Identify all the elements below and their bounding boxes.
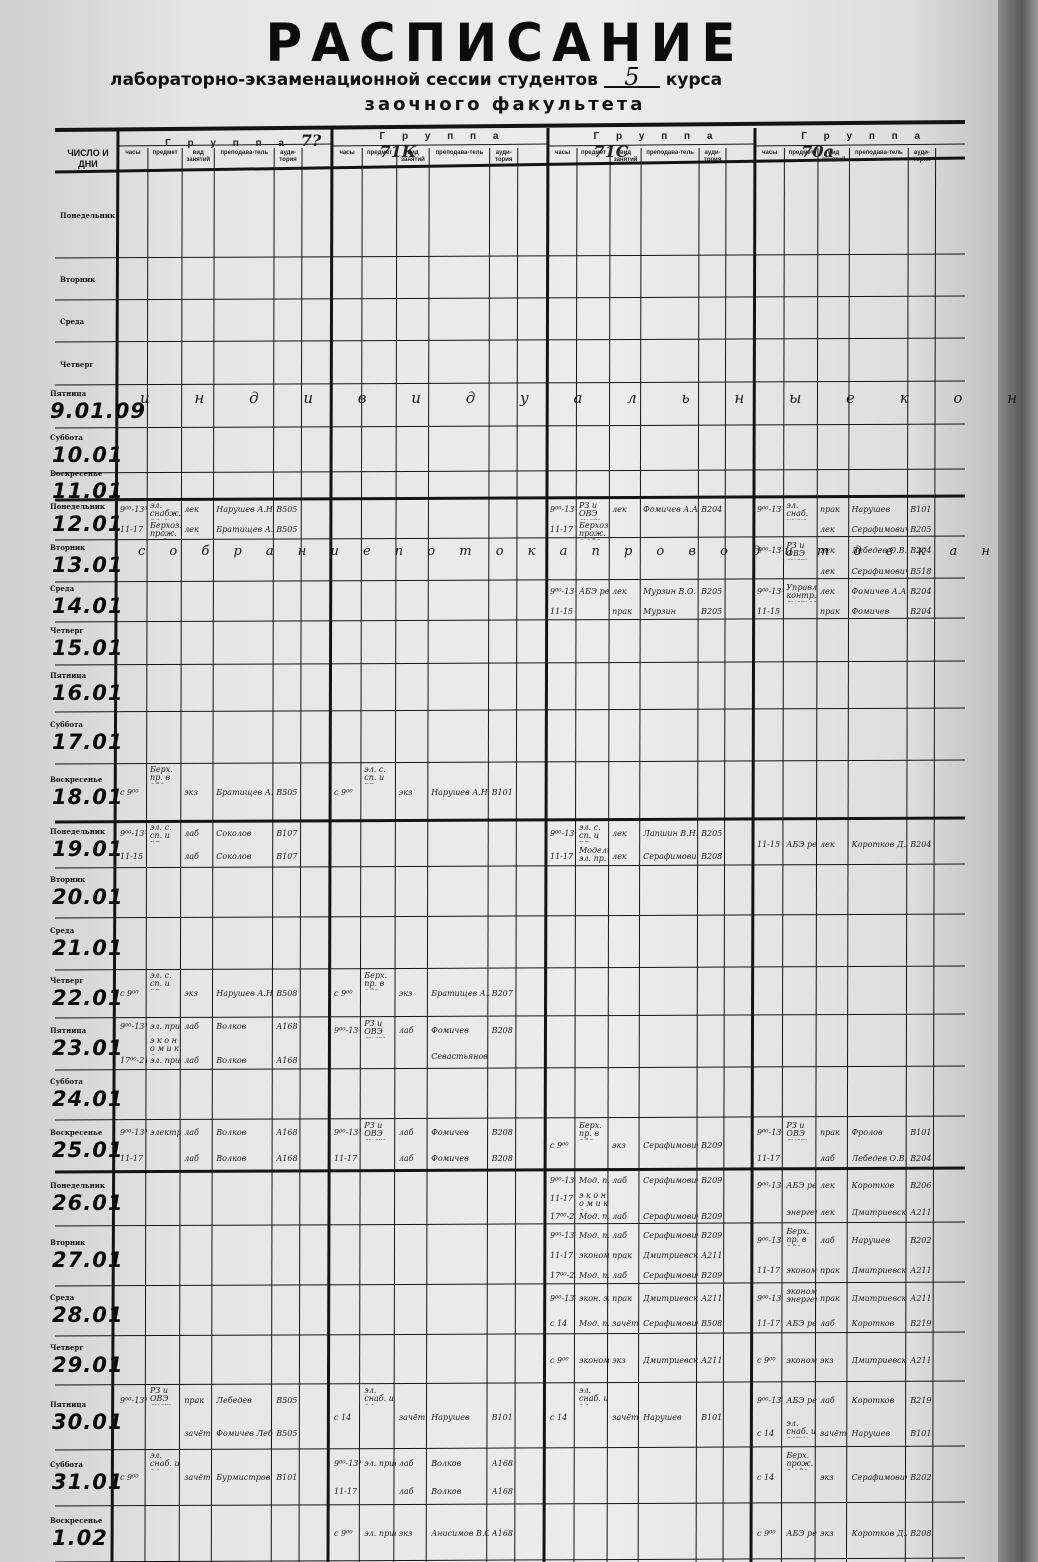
schedule-cell: Дмитриевский — [852, 1266, 908, 1276]
schedule-cell: лаб — [184, 1154, 213, 1164]
schedule-cell: эл. с. сп. и пр. сист. в. сн — [150, 824, 181, 842]
day-label: Четверг — [50, 1343, 114, 1352]
schedule-cell: лек — [612, 587, 640, 597]
schedule-cell: Берх. прож. в эдс, ч.II — [786, 1452, 817, 1470]
date-label: 26.01 — [52, 1191, 122, 1215]
schedule-cell: В505 — [276, 505, 301, 515]
schedule-cell: 17⁰⁰-21 — [550, 1271, 576, 1281]
schedule-cell: Соколов — [216, 852, 273, 862]
schedule-cell: с 9⁰⁰ — [120, 989, 147, 999]
schedule-cell: лек — [820, 567, 849, 577]
schedule-cell: электр. привод — [150, 1128, 181, 1138]
schedule-cell: В209 — [701, 1141, 725, 1151]
schedule-cell: Лебедев — [216, 1396, 273, 1406]
subcolumn-header: предмет — [577, 150, 610, 170]
schedule-cell: Управл. контр. систем — [786, 584, 817, 602]
schedule-cell: лаб — [612, 1271, 640, 1281]
schedule-cell: экз — [399, 788, 428, 798]
schedule-cell: Серафимович — [643, 1231, 698, 1241]
schedule-cell: зачёт (к.пр) — [184, 1473, 213, 1483]
schedule-cell: А211 — [910, 1294, 934, 1304]
schedule-cell: лаб — [399, 1128, 428, 1138]
schedule-cell: эл. снаб. и эл. сети, ч.3 — [579, 1387, 609, 1405]
schedule-cell: экз — [820, 1356, 849, 1366]
schedule-cell: А168 — [276, 1128, 301, 1138]
schedule-cell: Волков — [216, 1128, 273, 1138]
schedule-cell: с 14 — [334, 1413, 361, 1423]
day-label: Пятница — [50, 1400, 114, 1409]
schedule-cell: 9⁰⁰-13³⁰ — [550, 587, 576, 597]
schedule-cell: с 14 — [550, 1413, 576, 1423]
schedule-cell: 11-15 — [757, 607, 783, 617]
date-label: 28.01 — [52, 1303, 122, 1327]
schedule-cell: лаб — [399, 1154, 428, 1164]
schedule-cell: 9⁰⁰-13³⁰ — [757, 1181, 783, 1191]
schedule-cell: Берх. пр. в эдс, ч.II — [150, 766, 181, 784]
schedule-cell: В204 — [910, 587, 934, 597]
schedule-cell: эл. привод — [364, 1529, 396, 1539]
date-label: 17.01 — [52, 730, 122, 754]
schedule-cell: В205 — [701, 607, 725, 617]
schedule-cell: Нарушев А.Н. — [216, 505, 273, 515]
schedule-cell: Мод. п. п. — [579, 1319, 609, 1329]
schedule-cell: А168 — [492, 1529, 517, 1539]
schedule-cell: В204 — [910, 607, 934, 617]
date-label: 18.01 — [52, 785, 122, 809]
schedule-cell: лаб — [612, 1176, 640, 1186]
group-header-0: Г р у п п а 7? — [165, 131, 332, 145]
schedule-cell: А211 — [701, 1356, 725, 1366]
schedule-cell: Волков — [431, 1459, 488, 1469]
schedule-cell: В208 — [492, 1128, 517, 1138]
schedule-cell: Нарушев — [852, 1429, 908, 1439]
schedule-cell: экз — [820, 1529, 849, 1539]
subcolumn-header: часы — [548, 150, 577, 170]
schedule-cell: Серафимович — [643, 1212, 698, 1222]
schedule-cell: эл. снаб. и сети, ч.3 — [786, 1420, 817, 1438]
schedule-cell: В209 — [701, 1176, 725, 1186]
day-label: Суббота — [50, 1460, 114, 1469]
schedule-cell: эл. с. сп. и пр. сист. ч.I — [579, 824, 609, 842]
schedule-cell: Берхоз. прож. в эдс, ч.2 — [579, 522, 609, 540]
schedule-cell: Серафимович Н.А. — [643, 1141, 698, 1151]
schedule-cell: Серафимович Н.А. — [643, 852, 698, 862]
day-label: Четверг — [60, 360, 124, 369]
schedule-cell: Коротков — [852, 1181, 908, 1191]
schedule-cell: лек — [820, 525, 849, 535]
schedule-cell: 11-15 — [120, 852, 147, 862]
schedule-cell: 11-17 — [120, 525, 147, 535]
schedule-cell: А168 — [276, 1154, 301, 1164]
subcolumn-header: вид занятий — [818, 150, 850, 170]
schedule-cell: эл. прив. — [150, 1056, 181, 1066]
schedule-cell: 9⁰⁰-13³⁰ — [550, 505, 576, 515]
schedule-cell: лаб — [820, 1396, 849, 1406]
schedule-cell: В101 — [910, 505, 934, 515]
schedule-cell: 9⁰⁰-13³⁰ — [550, 1294, 576, 1304]
day-label: Четверг — [50, 976, 114, 985]
day-label: Воскресенье — [50, 1128, 114, 1137]
schedule-cell: 11-17 — [550, 1194, 576, 1204]
schedule-cell: Фомичев Лебедев — [216, 1429, 273, 1439]
schedule-cell: лаб — [612, 1212, 640, 1222]
schedule-cell: В219 — [910, 1319, 934, 1329]
schedule-cell: Лебедев О.В. — [852, 1154, 908, 1164]
schedule-cell: 11-17 — [120, 1154, 147, 1164]
schedule-cell: Моделир. эл. пр. — [579, 847, 609, 865]
schedule-cell: зачёт (к.пр) — [399, 1413, 428, 1423]
schedule-cell: Дмитриевский — [852, 1294, 908, 1304]
schedule-cell: лаб — [399, 1459, 428, 1469]
schedule-cell: лек — [820, 587, 849, 597]
schedule-cell: Фомичев — [431, 1026, 488, 1036]
schedule-cell: эл. с. сп. и пр. сист. в. сн — [364, 766, 396, 784]
schedule-cell: А168 — [276, 1056, 301, 1066]
schedule-cell: В209 — [701, 1212, 725, 1222]
date-label: 31.01 — [52, 1470, 122, 1494]
schedule-cell: Фомичев — [431, 1154, 488, 1164]
schedule-cell: Фролов — [852, 1128, 908, 1138]
subcolumn-header: вид занятий — [182, 150, 214, 170]
schedule-cell: А168 — [492, 1459, 517, 1469]
schedule-cell: В204 — [910, 840, 934, 850]
schedule-cell: Нарушев А.Н. — [216, 989, 273, 999]
date-label: 14.01 — [52, 594, 122, 618]
day-label: Вторник — [50, 543, 114, 552]
schedule-cell: Лапшин В.Н. — [643, 829, 698, 839]
schedule-cell: А211 — [701, 1294, 725, 1304]
schedule-cell: В205 — [910, 525, 934, 535]
schedule-cell: 9⁰⁰-13³⁰ — [550, 829, 576, 839]
schedule-cell: э к о н о м и к а — [579, 1192, 609, 1210]
schedule-cell: Волков — [216, 1022, 273, 1032]
schedule-cell: 9⁰⁰-13³⁰ — [334, 1459, 361, 1469]
day-label: Вторник — [60, 275, 124, 284]
schedule-cell: прак — [820, 607, 849, 617]
schedule-cell: Братищев А.А. — [216, 788, 273, 798]
schedule-cell: В208 — [492, 1026, 517, 1036]
schedule-cell: лаб — [820, 1236, 849, 1246]
date-label: 20.01 — [52, 885, 122, 909]
schedule-cell: с 14 — [550, 1319, 576, 1329]
schedule-cell: Нарушев — [852, 1236, 908, 1246]
date-label: 10.01 — [52, 443, 122, 467]
schedule-cell: 9⁰⁰-13³⁰ — [757, 1236, 783, 1246]
schedule-cell: лаб — [184, 852, 213, 862]
schedule-cell: с 9⁰⁰ — [120, 1473, 147, 1483]
schedule-cell: 9⁰⁰-13³⁰ — [334, 1026, 361, 1036]
schedule-cell: лаб — [820, 1319, 849, 1329]
day-label: Суббота — [50, 433, 114, 442]
schedule-cell: 9⁰⁰-13³⁰ — [757, 546, 783, 556]
schedule-cell: В202 — [910, 1473, 934, 1483]
schedule-cell: прак — [612, 1251, 640, 1261]
schedule-cell: Серафимович — [643, 1176, 698, 1186]
schedule-cell: АБЭ рег. в эдс — [579, 587, 609, 597]
schedule-cell: с 14 — [757, 1473, 783, 1483]
schedule-cell: 9⁰⁰-13³⁰ — [550, 1231, 576, 1241]
schedule-cell: В209 — [701, 1231, 725, 1241]
schedule-cell: экз — [184, 788, 213, 798]
schedule-cell: прак — [820, 1266, 849, 1276]
schedule-cell: эл. снаб. и эл. сети, ч.3 — [150, 1452, 181, 1470]
schedule-cell: 9⁰⁰-13³⁰ — [550, 1176, 576, 1186]
schedule-cell: лаб — [184, 1022, 213, 1032]
schedule-cell: лек — [612, 852, 640, 862]
day-label: Воскресенье — [50, 1516, 114, 1525]
note-banner: с о б р а н и е п о т о к а п р о в о д … — [138, 544, 938, 560]
day-label: Понедельник — [50, 827, 114, 836]
schedule-cell: А211 — [701, 1251, 725, 1261]
schedule-cell: 9⁰⁰-13³⁰ — [120, 829, 147, 839]
date-label: 16.01 — [52, 681, 122, 705]
day-label: Пятница — [50, 671, 114, 680]
schedule-cell: РЗ и ОВЭ сист. ч.2 — [786, 1122, 817, 1140]
schedule-cell: 11-17 — [550, 1251, 576, 1261]
schedule-cell: лек — [612, 829, 640, 839]
schedule-cell: эл. снаб. инж. ч.3 — [786, 502, 817, 520]
schedule-cell: 11-15 — [550, 607, 576, 617]
schedule-cell: Серафимович Н.А. — [852, 525, 908, 535]
schedule-cell: А211 — [910, 1208, 934, 1218]
day-label: Четверг — [50, 626, 114, 635]
schedule-cell: В505 — [276, 1429, 301, 1439]
schedule-cell: прак — [184, 1396, 213, 1406]
date-label: 1.02 — [52, 1526, 122, 1550]
schedule-cell: В101 — [276, 1473, 301, 1483]
schedule-cell: 17⁰⁰-21 — [550, 1212, 576, 1222]
schedule-cell: В208 — [492, 1154, 517, 1164]
schedule-cell: Дмитриевский — [643, 1251, 698, 1261]
schedule-cell: Мод. п. п. — [579, 1176, 609, 1186]
day-label: Суббота — [50, 1077, 114, 1086]
date-label: 9.01.09 — [50, 399, 120, 423]
schedule-cell: В505 — [276, 1396, 301, 1406]
schedule-cell: энергетики — [786, 1208, 817, 1218]
schedule-cell: 9⁰⁰-13³⁰ — [757, 587, 783, 597]
schedule-cell: РЗ и ОВЭ сист. эл. сн — [364, 1122, 396, 1140]
subcolumn-header: преподава-тель — [429, 150, 489, 170]
schedule-cell: зачёт (к.пр) — [820, 1429, 849, 1439]
schedule-cell: А168 — [276, 1022, 301, 1032]
day-label: Суббота — [50, 720, 114, 729]
schedule-cell: А211 — [910, 1356, 934, 1366]
schedule-cell: лек — [820, 546, 849, 556]
schedule-cell: эл. привод — [364, 1459, 396, 1469]
schedule-cell: В101 — [910, 1429, 934, 1439]
schedule-cell: 9⁰⁰-13³⁰ — [757, 1294, 783, 1304]
group-number: 7? — [301, 131, 322, 150]
schedule-cell: Серафимович — [643, 1271, 698, 1281]
schedule-cell: лек — [820, 1181, 849, 1191]
date-label: 23.01 — [52, 1036, 122, 1060]
schedule-cell: РЗ и ОВЭ сист. эл. сн — [364, 1020, 396, 1038]
schedule-cell: Коротков Д.А. — [852, 840, 908, 850]
schedule-cell: В204 — [701, 505, 725, 515]
schedule-cell: с 9⁰⁰ — [757, 1529, 783, 1539]
schedule-cell: Берх. пр. в эдс, ч.2 — [786, 1228, 817, 1246]
schedule-cell: Нарушев — [643, 1413, 698, 1423]
schedule-cell: экон. энерг. — [579, 1294, 609, 1304]
day-label: Понедельник — [50, 1181, 114, 1190]
subcolumn-header: предмет — [784, 150, 818, 170]
schedule-cell: 11-15 — [757, 840, 783, 850]
schedule-cell: Бурмистров — [216, 1473, 273, 1483]
schedule-cell: Мурзин В.О. — [643, 587, 698, 597]
schedule-cell: 9⁰⁰-13³⁰ — [120, 1396, 147, 1406]
schedule-cell: 9⁰⁰-13³⁰ — [757, 1128, 783, 1138]
subcolumn-header: преподава-тель — [641, 150, 699, 170]
group-label: Г р у п п а — [165, 138, 301, 149]
schedule-cell: Дмитриевский Н.Ч. — [852, 1356, 908, 1366]
schedule-cell: В205 — [701, 829, 725, 839]
schedule-cell: 11-17 — [550, 525, 576, 535]
group-label: Г р у п п а — [380, 131, 506, 142]
schedule-cell: В505 — [276, 525, 301, 535]
schedule-cell: зачёт — [184, 1429, 213, 1439]
schedule-cell: э к о н о м и к а — [150, 1037, 181, 1055]
schedule-cell: Мурзин — [643, 607, 698, 617]
date-label: 13.01 — [52, 553, 122, 577]
schedule-cell: В107 — [276, 852, 301, 862]
schedule-cell: В101 — [492, 788, 517, 798]
schedule-cell: Мод. п. п. — [579, 1212, 609, 1222]
schedule-cell: с 9⁰⁰ — [334, 1529, 361, 1539]
schedule-cell: эконом. энерг. — [579, 1356, 609, 1366]
schedule-cell: 11-17 — [757, 1266, 783, 1276]
schedule-cell: 9⁰⁰-13³⁰ — [120, 505, 147, 515]
schedule-cell: Берх. пр. в эдс, ч.2 — [579, 1122, 609, 1140]
date-label: 30.01 — [52, 1410, 122, 1434]
schedule-cell: АБЭ рег. в эдс — [786, 1396, 817, 1406]
date-label: 12.01 — [52, 512, 122, 536]
subcolumn-header: вид занятий — [610, 150, 641, 170]
schedule-cell: экз — [820, 1473, 849, 1483]
schedule-cell: лек — [820, 840, 849, 850]
schedule-cell: лек — [820, 1208, 849, 1218]
schedule-cell: лаб — [820, 1154, 849, 1164]
schedule-cell: Коротков — [852, 1396, 908, 1406]
schedule-cell: эл. снабж. эл. и пр. с/х — [150, 502, 181, 520]
subcolumn-header: преподава-тель — [214, 150, 274, 170]
subcolumn-header: ауди-тория — [274, 150, 302, 170]
date-label: 27.01 — [52, 1248, 122, 1272]
schedule-cell: Фомичев — [852, 607, 908, 617]
day-label: Воскресенье — [50, 469, 114, 478]
schedule-cell: лек — [184, 505, 213, 515]
schedule-cell: В508 — [276, 989, 301, 999]
schedule-cell: Берхоз. прож. в эдс, ч.II — [150, 522, 181, 540]
schedule-cell: зачёт — [612, 1319, 640, 1329]
day-label: Вторник — [50, 875, 114, 884]
schedule-cell: эконом. энерг. — [786, 1266, 817, 1276]
schedule-cell: прак — [612, 607, 640, 617]
schedule-cell: прак — [820, 1294, 849, 1304]
schedule-cell: Фомичев А.А. — [643, 505, 698, 515]
day-label: Пятница — [50, 1026, 114, 1035]
schedule-cell: 11-17 — [757, 1154, 783, 1164]
schedule-cell: 11-17 — [334, 1487, 361, 1497]
schedule-cell: Братищев А.А. — [431, 989, 488, 999]
schedule-cell: Фомичев А.А. — [852, 587, 908, 597]
schedule-cell: Братищев А.А. — [216, 525, 273, 535]
schedule-cell: эл. снаб. и эл. сети, ч.3 — [364, 1387, 396, 1405]
subcolumn-header: часы — [332, 150, 362, 170]
schedule-cell: 11-17 — [757, 1319, 783, 1329]
schedule-cell: Серафимович Н.А. — [852, 567, 908, 577]
day-label: Понедельник — [50, 502, 114, 511]
schedule-cell: прак — [820, 505, 849, 515]
schedule-cell: эконом. энергет. — [786, 1288, 817, 1306]
schedule-cell: А211 — [910, 1266, 934, 1276]
schedule-cell: Лебедев О.В. — [852, 546, 908, 556]
schedule-cell: эл. с. сп. и пр. сист. в. сн — [150, 972, 181, 990]
group-label: Г р у п п а — [594, 131, 720, 142]
schedule-cell: лаб — [184, 1128, 213, 1138]
subcolumn-header: часы — [118, 150, 148, 170]
schedule-cell: экз — [399, 989, 428, 999]
schedule-cell: Серафимович — [643, 1319, 698, 1329]
schedule-cell: прак — [612, 1294, 640, 1304]
schedule-cell: с 9⁰⁰ — [334, 989, 361, 999]
schedule-cell: Севастьянов — [431, 1052, 488, 1062]
schedule-cell: Волков — [431, 1487, 488, 1497]
schedule-cell: с 14 — [757, 1429, 783, 1439]
schedule-cell: Коротков Д.А. — [852, 1529, 908, 1539]
consultation-note: и н д и в и д у а л ь н ы е к о н с у л … — [140, 389, 980, 409]
date-label: 29.01 — [52, 1353, 122, 1377]
schedule-cell: В101 — [701, 1413, 725, 1423]
schedule-cell: В107 — [276, 829, 301, 839]
schedule-cell: В101 — [910, 1128, 934, 1138]
date-label: 21.01 — [52, 936, 122, 960]
schedule-cell: В518 — [910, 567, 934, 577]
schedule-cell: РЗ и ОВЭ сист. э. сн. — [150, 1387, 181, 1405]
schedule-cell: зачёт (к.пр) — [612, 1413, 640, 1423]
schedule-cell: 17⁰⁰-21 — [120, 1056, 147, 1066]
schedule-cell: 9⁰⁰-13³⁰ — [120, 1022, 147, 1032]
schedule-cell: 9⁰⁰-13³⁰ — [757, 505, 783, 515]
schedule-cell: РЗ и ОВЭ сист. ч.2 — [786, 542, 817, 560]
schedule-cell: Серафимович Н.А. — [852, 1473, 908, 1483]
schedule-cell: АБЭ рег. в эдс — [786, 1529, 817, 1539]
schedule-cell: Дмитриевский — [643, 1294, 698, 1304]
schedule-cell: Нарушев — [431, 1413, 488, 1423]
schedule-cell: Дмитриевский Н.Ч. — [852, 1208, 908, 1218]
schedule-cell: Мод. п. п. — [579, 1231, 609, 1241]
schedule-cell: 11-17 — [550, 852, 576, 862]
schedule-cell: экз — [184, 989, 213, 999]
schedule-cell: 11-17 — [334, 1154, 361, 1164]
schedule-cell: с 9⁰⁰ — [757, 1356, 783, 1366]
schedule-cell: Дмитриевский Н.Ч. — [643, 1356, 698, 1366]
schedule-cell: лаб — [399, 1026, 428, 1036]
day-label: Вторник — [50, 1238, 114, 1247]
schedule-cell: прак — [820, 1128, 849, 1138]
schedule-cell: В508 — [701, 1319, 725, 1329]
date-label: 25.01 — [52, 1138, 122, 1162]
schedule-cell: лек — [612, 505, 640, 515]
schedule-cell: лаб — [612, 1231, 640, 1241]
schedule-cell: лаб — [184, 1056, 213, 1066]
schedule-cell: Анисимов В.С. — [431, 1529, 488, 1539]
schedule-cell: АБЭ рег. в эдс — [786, 840, 817, 850]
schedule-cell: В208 — [910, 1529, 934, 1539]
schedule-cell: Фомичев — [431, 1128, 488, 1138]
schedule-cell: Мод. п. п. — [579, 1271, 609, 1281]
date-column-header: ЧИСЛО И ДНИ — [60, 148, 116, 170]
schedule-cell: В204 — [910, 1154, 934, 1164]
